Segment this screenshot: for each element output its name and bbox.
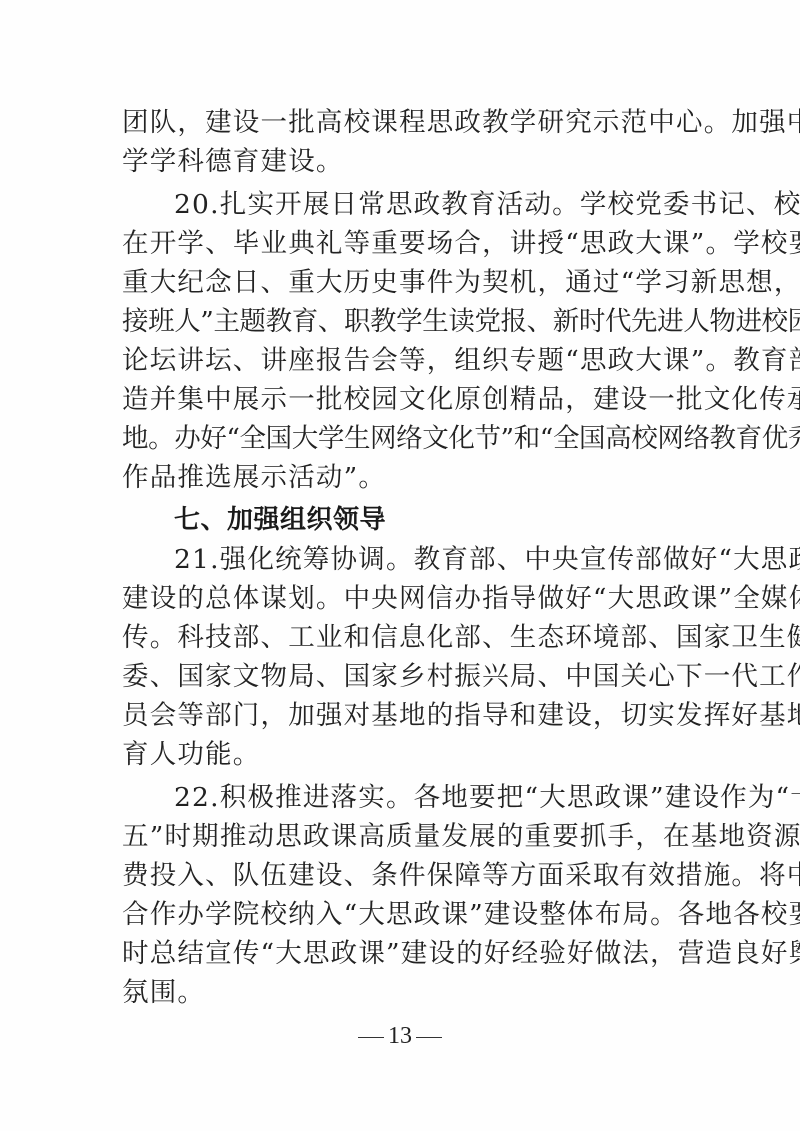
- text-line: 育人功能。: [122, 735, 682, 774]
- page-footer: 13: [0, 1023, 800, 1050]
- text-line: 重大纪念日、重大历史事件为契机，通过“学习新思想，做好: [122, 263, 682, 302]
- text-line: 氛围。: [122, 973, 682, 1012]
- text-line: 作品推选展示活动”。: [122, 458, 682, 497]
- text-line: 五”时期推动思政课高质量发展的重要抓手，在基地资源、经: [122, 817, 682, 856]
- text-line: 员会等部门，加强对基地的指导和建设，切实发挥好基地的: [122, 696, 682, 735]
- text-line: 传。科技部、工业和信息化部、生态环境部、国家卫生健康: [122, 618, 682, 657]
- text-line: 时总结宣传“大思政课”建设的好经验好做法，营造良好舆论: [122, 934, 682, 973]
- text-line: 委、国家文物局、国家乡村振兴局、中国关心下一代工作委: [122, 657, 682, 696]
- text-line: 造并集中展示一批校园文化原创精品，建设一批文化传承基: [122, 380, 682, 419]
- text-line: 接班人”主题教育、职教学生读党报、新时代先进人物进校园、: [122, 302, 682, 341]
- text-line: 费投入、队伍建设、条件保障等方面采取有效措施。将中外: [122, 856, 682, 895]
- section-heading: 七、加强组织领导: [122, 501, 682, 540]
- text-line: 在开学、毕业典礼等重要场合，讲授“思政大课”。学校要以: [122, 224, 682, 263]
- page-number: 13: [388, 1023, 412, 1049]
- text-line: 论坛讲坛、讲座报告会等，组织专题“思政大课”。教育部打: [122, 341, 682, 380]
- text-line: 学学科德育建设。: [122, 142, 682, 181]
- dash-left: [358, 1037, 384, 1039]
- text-line: 合作办学院校纳入“大思政课”建设整体布局。各地各校要及: [122, 895, 682, 934]
- text-line: 建设的总体谋划。中央网信办指导做好“大思政课”全媒体宣: [122, 579, 682, 618]
- document-page: 团队，建设一批高校课程思政教学研究示范中心。加强中小 学学科德育建设。 20.扎…: [0, 0, 800, 1131]
- paragraph-21-start: 21.强化统筹协调。教育部、中央宣传部做好“大思政课”: [122, 540, 682, 579]
- dash-right: [416, 1037, 442, 1039]
- text-line: 团队，建设一批高校课程思政教学研究示范中心。加强中小: [122, 103, 682, 142]
- document-body: 团队，建设一批高校课程思政教学研究示范中心。加强中小 学学科德育建设。 20.扎…: [122, 103, 682, 1012]
- text-line: 地。办好“全国大学生网络文化节”和“全国高校网络教育优秀: [122, 419, 682, 458]
- paragraph-20-start: 20.扎实开展日常思政教育活动。学校党委书记、校长要: [122, 185, 682, 224]
- paragraph-22-start: 22.积极推进落实。各地要把“大思政课”建设作为“十四: [122, 778, 682, 817]
